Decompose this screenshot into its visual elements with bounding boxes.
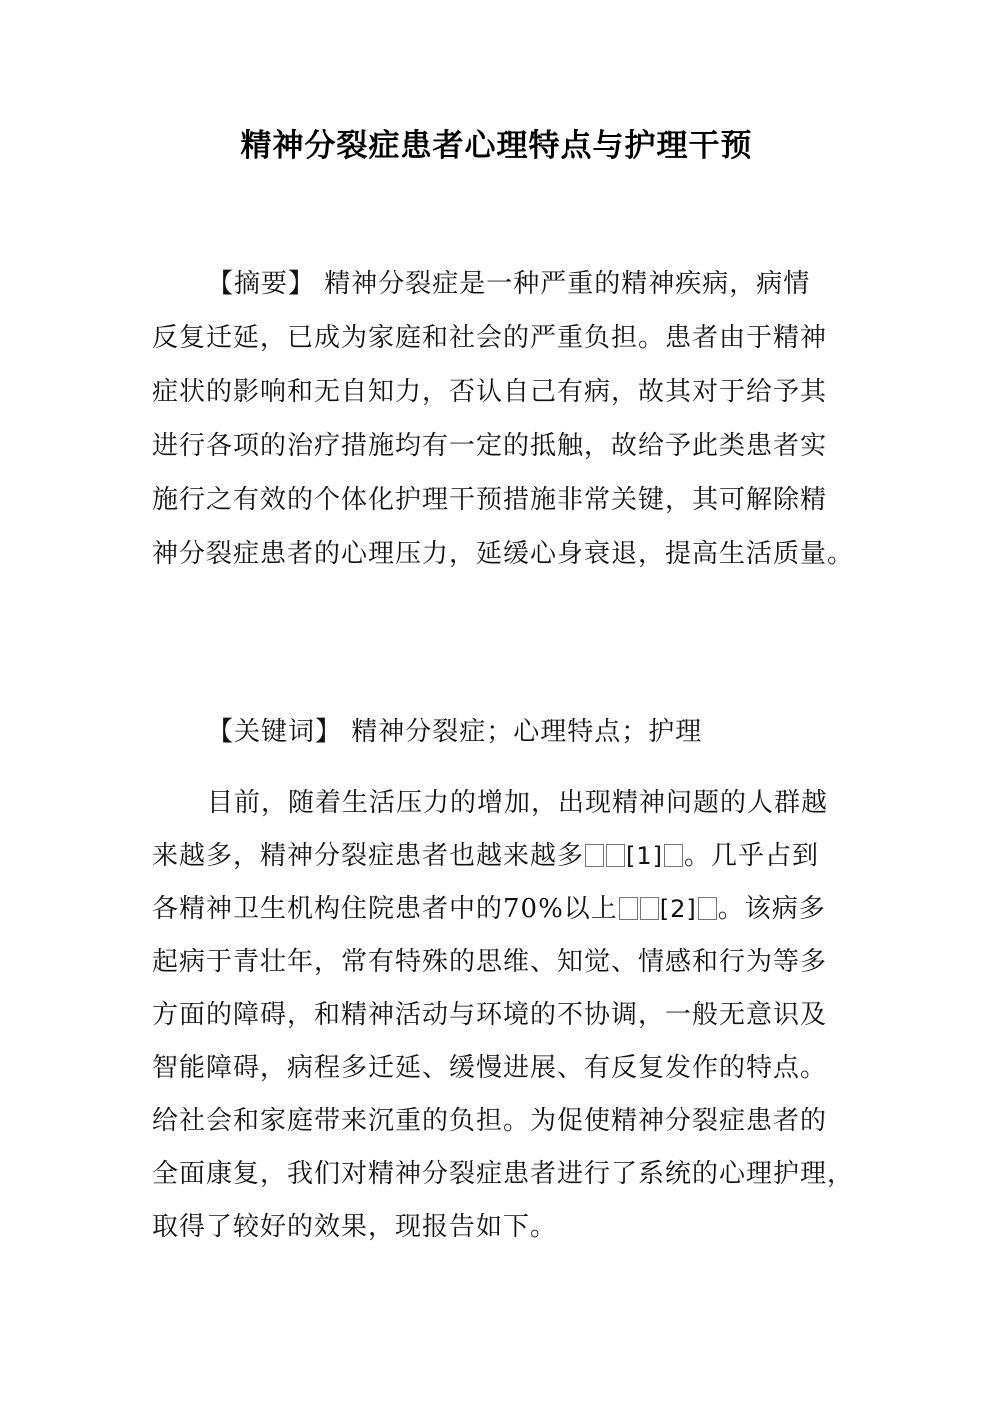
body-line-9: 取得了较好的效果，现报告如下。 [152, 1207, 557, 1247]
abstract-line-3: 症状的影响和无自知力，否认自己有病，故其对于给予其 [152, 372, 827, 412]
missing-glyph-box [664, 844, 683, 867]
keywords-text: 精神分裂症；心理特点；护理 [351, 717, 702, 747]
body-line-3-tail: 。该病多 [718, 894, 826, 924]
abstract-line-5: 施行之有效的个体化护理干预措施非常关键，其可解除精 [152, 480, 827, 520]
body-line-2-tail: 。几乎占到 [684, 841, 819, 871]
missing-glyph-box [606, 844, 625, 867]
body-line-5: 方面的障碍，和精神活动与环境的不协调，一般无意识及 [152, 995, 827, 1035]
missing-glyph-box [698, 897, 717, 920]
document-page: 精神分裂症患者心理特点与护理干预 【摘要】 精神分裂症是一种严重的精神疾病，病情… [0, 0, 993, 1404]
missing-glyph-box [585, 844, 604, 867]
keywords-line: 【关键词】 精神分裂症；心理特点；护理 [207, 712, 702, 752]
body-line-1: 目前，随着生活压力的增加，出现精神问题的人群越 [207, 783, 828, 823]
body-line-6: 智能障碍，病程多迁延、缓慢进展、有反复发作的特点。 [152, 1048, 827, 1088]
missing-glyph-box [619, 897, 638, 920]
abstract-line-6: 神分裂症患者的心理压力，延缓心身衰退，提高生活质量。 [152, 534, 854, 574]
citation-ref-2: [2] [660, 895, 697, 923]
abstract-line-1: 【摘要】 精神分裂症是一种严重的精神疾病，病情 [207, 264, 810, 304]
keywords-label: 【关键词】 [207, 717, 342, 747]
missing-glyph-box [640, 897, 659, 920]
body-line-3-text: 各精神卫生机构住院患者中的70%以上 [152, 894, 618, 924]
citation-ref-1: [1] [626, 842, 663, 870]
body-line-2: 来越多，精神分裂症患者也越来越多[1]。几乎占到 [152, 836, 819, 876]
body-line-4: 起病于青壮年，常有特殊的思维、知觉、情感和行为等多 [152, 942, 827, 982]
abstract-label: 【摘要】 [207, 269, 315, 299]
body-line-8: 全面康复，我们对精神分裂症患者进行了系统的心理护理， [152, 1154, 854, 1194]
abstract-line-2: 反复迁延，已成为家庭和社会的严重负担。患者由于精神 [152, 318, 827, 358]
document-title: 精神分裂症患者心理特点与护理干预 [0, 124, 993, 168]
body-line-2-text: 来越多，精神分裂症患者也越来越多 [152, 841, 584, 871]
abstract-text: 精神分裂症是一种严重的精神疾病，病情 [324, 269, 810, 299]
body-line-3: 各精神卫生机构住院患者中的70%以上[2]。该病多 [152, 889, 826, 929]
body-line-7: 给社会和家庭带来沉重的负担。为促使精神分裂症患者的 [152, 1101, 827, 1141]
abstract-line-4: 进行各项的治疗措施均有一定的抵触，故给予此类患者实 [152, 426, 827, 466]
